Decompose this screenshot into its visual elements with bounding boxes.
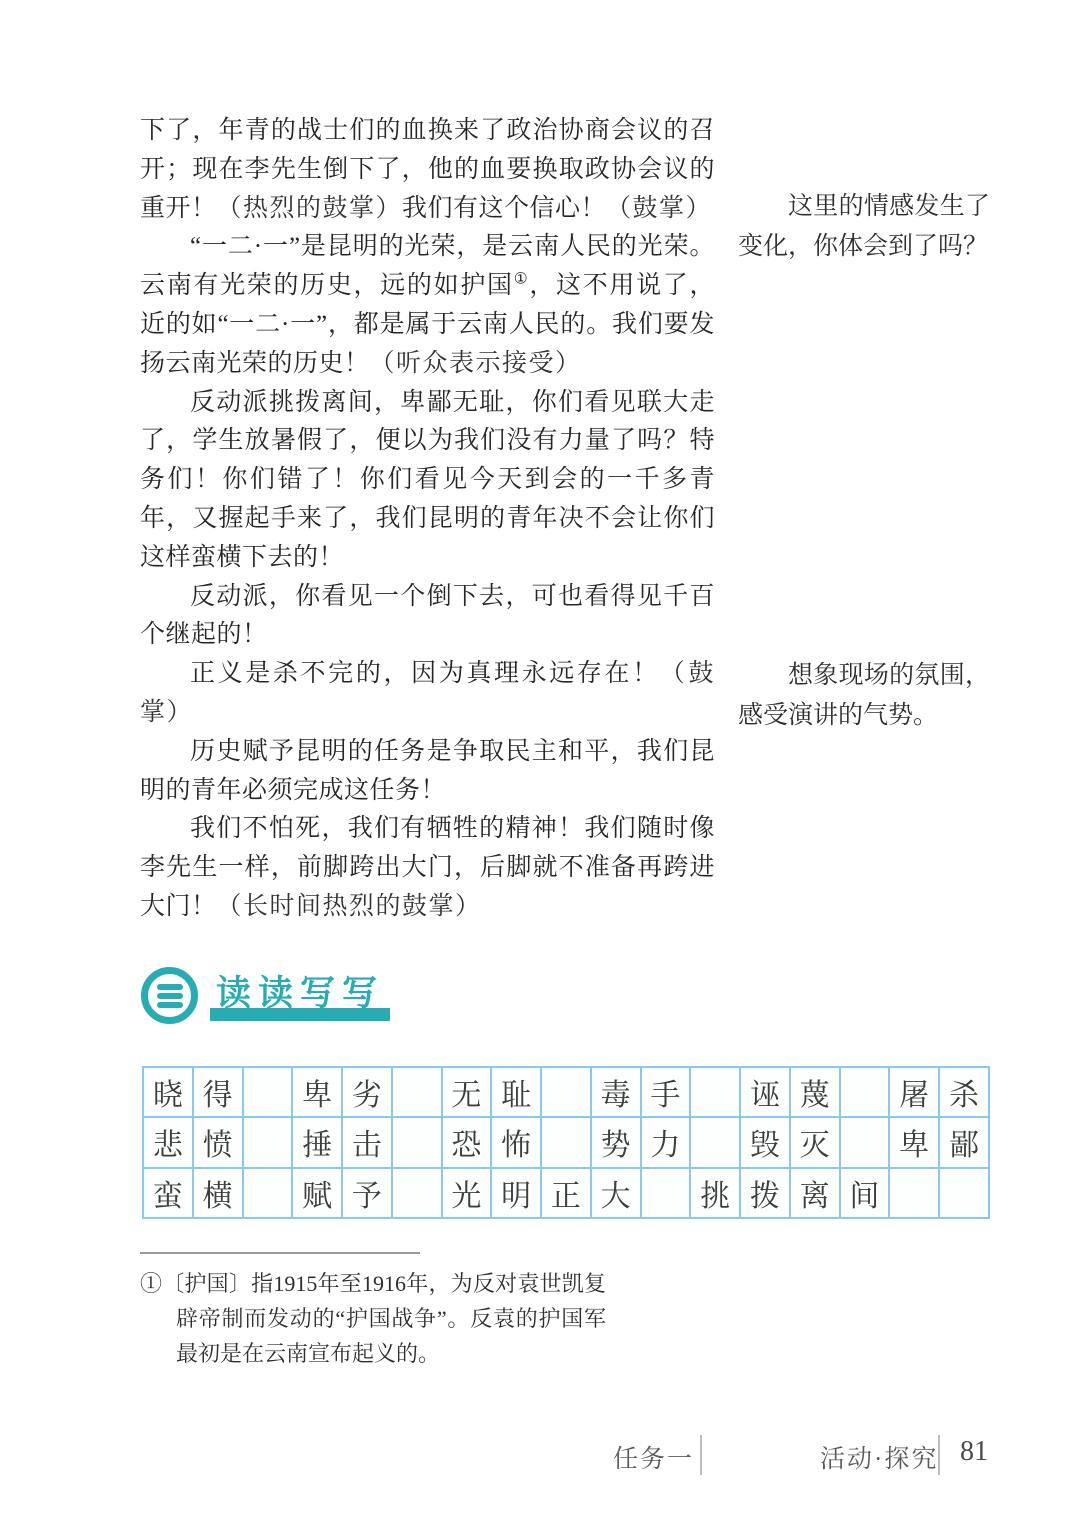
vocab-grid-cell-empty xyxy=(541,1117,591,1167)
vocab-grid-cell-empty xyxy=(392,1067,442,1117)
vocab-grid-cell: 屠 xyxy=(889,1067,939,1117)
vocab-grid: 晓得卑劣无耻毒手诬蔑屠杀悲愤捶击恐怖势力毁灭卑鄙蛮横赋予光明正大挑拨离间 xyxy=(142,1066,990,1219)
vocab-grid-cell: 明 xyxy=(491,1168,541,1218)
vocab-grid-cell: 蔑 xyxy=(790,1067,840,1117)
stage-direction: （鼓掌） xyxy=(606,195,712,222)
vocab-grid-cell: 力 xyxy=(641,1117,691,1167)
vocab-grid-cell: 间 xyxy=(840,1168,890,1218)
vocab-grid-cell-empty xyxy=(541,1067,591,1117)
footer-unit-label: 活动·探究 xyxy=(820,1439,938,1475)
speech-paragraph: 历史赋予昆明的任务是争取民主和平，我们昆明的青年必须完成这任务！ xyxy=(140,733,715,811)
section-title-underline xyxy=(210,1008,390,1021)
vocab-grid-cell-empty xyxy=(840,1117,890,1167)
vocab-grid-cell: 蛮 xyxy=(143,1168,193,1218)
vocab-grid-cell: 势 xyxy=(591,1117,641,1167)
vocab-grid-cell-empty xyxy=(392,1117,442,1167)
vocab-grid-cell: 正 xyxy=(541,1168,591,1218)
footer-divider xyxy=(700,1435,702,1475)
vocab-grid-cell-empty xyxy=(243,1067,293,1117)
vocab-grid-cell: 劣 xyxy=(342,1067,392,1117)
stage-direction: （长时间热烈的鼓掌） xyxy=(217,893,482,920)
three-bars-circle-icon xyxy=(141,967,198,1024)
vocab-grid-cell: 愤 xyxy=(193,1117,243,1167)
vocab-grid-cell-empty xyxy=(641,1168,691,1218)
vocab-grid-row: 悲愤捶击恐怖势力毁灭卑鄙 xyxy=(143,1117,989,1167)
vocab-grid-row: 晓得卑劣无耻毒手诬蔑屠杀 xyxy=(143,1067,989,1117)
footer-task-label: 任务一 xyxy=(613,1439,694,1475)
vocab-grid-cell: 挑 xyxy=(690,1168,740,1218)
icon-bar xyxy=(157,1002,183,1008)
vocab-grid-cell-empty xyxy=(840,1067,890,1117)
icon-bar xyxy=(157,984,183,990)
vocab-grid-cell: 赋 xyxy=(292,1168,342,1218)
vocab-grid-cell: 怖 xyxy=(491,1117,541,1167)
vocab-grid-cell: 灭 xyxy=(790,1117,840,1167)
vocab-grid-cell: 得 xyxy=(193,1067,243,1117)
vocab-grid-cell: 毒 xyxy=(591,1067,641,1117)
vocab-grid-row: 蛮横赋予光明正大挑拨离间 xyxy=(143,1168,989,1218)
speech-paragraph: 下了，年青的战士们的血换来了政治协商会议的召开；现在李先生倒下了，他的血要换取政… xyxy=(140,112,715,228)
vocab-grid-cell-empty xyxy=(690,1067,740,1117)
vocab-grid-cell: 恐 xyxy=(442,1117,492,1167)
speech-text-column: 下了，年青的战士们的血换来了政治协商会议的召开；现在李先生倒下了，他的血要换取政… xyxy=(140,112,715,927)
footnote-text: 〔护国〕指1915年至1916年，为反对袁世凯复辟帝制而发动的“护国战争”。反袁… xyxy=(162,1271,606,1366)
stage-direction: （听众表示接受） xyxy=(370,350,582,377)
vocab-grid-cell: 大 xyxy=(591,1168,641,1218)
margin-note: 想象现场的氛围，感受演讲的气势。 xyxy=(738,655,990,735)
vocab-grid-cell: 手 xyxy=(641,1067,691,1117)
vocab-grid-cell: 捶 xyxy=(292,1117,342,1167)
vocab-grid-cell-empty xyxy=(243,1117,293,1167)
speech-paragraph: “一二·一”是昆明的光荣，是云南人民的光荣。云南有光荣的历史，远的如护国①，这不… xyxy=(140,228,715,383)
speech-paragraph: 我们不怕死，我们有牺牲的精神！我们随时像李先生一样，前脚跨出大门，后脚就不准备再… xyxy=(140,810,715,926)
vocab-grid-cell: 悲 xyxy=(143,1117,193,1167)
speech-text: 历史赋予昆明的任务是争取民主和平，我们昆明的青年必须完成这任务！ xyxy=(140,738,715,804)
footnote: ①〔护国〕指1915年至1916年，为反对袁世凯复辟帝制而发动的“护国战争”。反… xyxy=(140,1266,606,1371)
speech-paragraph: 正义是杀不完的，因为真理永远存在！（鼓掌） xyxy=(140,655,715,733)
speech-text: 反动派挑拨离间，卑鄙无耻，你们看见联大走了，学生放暑假了，便以为我们没有力量了吗… xyxy=(140,389,715,571)
page-footer: 任务一 活动·探究 81 xyxy=(0,1437,1080,1481)
speech-text: 反动派，你看见一个倒下去，可也看得见千百个继起的！ xyxy=(140,583,715,649)
vocab-grid-cell: 毁 xyxy=(740,1117,790,1167)
vocab-grid-cell-empty xyxy=(243,1168,293,1218)
icon-bar xyxy=(157,993,183,999)
page-number: 81 xyxy=(960,1436,988,1468)
speech-paragraph: 反动派挑拨离间，卑鄙无耻，你们看见联大走了，学生放暑假了，便以为我们没有力量了吗… xyxy=(140,384,715,578)
vocab-grid-cell: 光 xyxy=(442,1168,492,1218)
speech-text: 正义是杀不完的，因为真理永远存在！ xyxy=(190,660,660,687)
vocab-grid-cell: 鄙 xyxy=(939,1117,989,1167)
footer-divider xyxy=(938,1435,940,1475)
speech-paragraph: 反动派，你看见一个倒下去，可也看得见千百个继起的！ xyxy=(140,578,715,656)
vocab-grid-cell: 离 xyxy=(790,1168,840,1218)
vocab-grid-cell: 击 xyxy=(342,1117,392,1167)
vocab-grid-cell: 卑 xyxy=(889,1117,939,1167)
stage-direction: （热烈的鼓掌） xyxy=(217,195,403,222)
vocab-grid-cell-empty xyxy=(392,1168,442,1218)
vocab-grid-cell: 卑 xyxy=(292,1067,342,1117)
footnote-marker: ① xyxy=(140,1271,162,1296)
speech-text: 我们有这个信心！ xyxy=(402,195,606,222)
vocab-grid-cell: 予 xyxy=(342,1168,392,1218)
vocab-grid-cell: 拨 xyxy=(740,1168,790,1218)
vocab-grid-cell: 杀 xyxy=(939,1067,989,1117)
margin-note: 这里的情感发生了变化，你体会到了吗？ xyxy=(738,186,990,266)
vocab-grid-cell: 横 xyxy=(193,1168,243,1218)
vocab-grid-cell: 诬 xyxy=(740,1067,790,1117)
textbook-page: 下了，年青的战士们的血换来了政治协商会议的召开；现在李先生倒下了，他的血要换取政… xyxy=(0,0,1080,1526)
vocab-grid-cell: 无 xyxy=(442,1067,492,1117)
footnote-divider xyxy=(140,1252,420,1254)
vocab-grid-cell: 晓 xyxy=(143,1067,193,1117)
vocab-grid-cell-empty xyxy=(889,1168,939,1218)
vocab-grid-cell-empty xyxy=(939,1168,989,1218)
vocab-grid-cell-empty xyxy=(690,1117,740,1167)
footnote-reference: ① xyxy=(514,271,530,288)
vocab-grid-cell: 耻 xyxy=(491,1067,541,1117)
